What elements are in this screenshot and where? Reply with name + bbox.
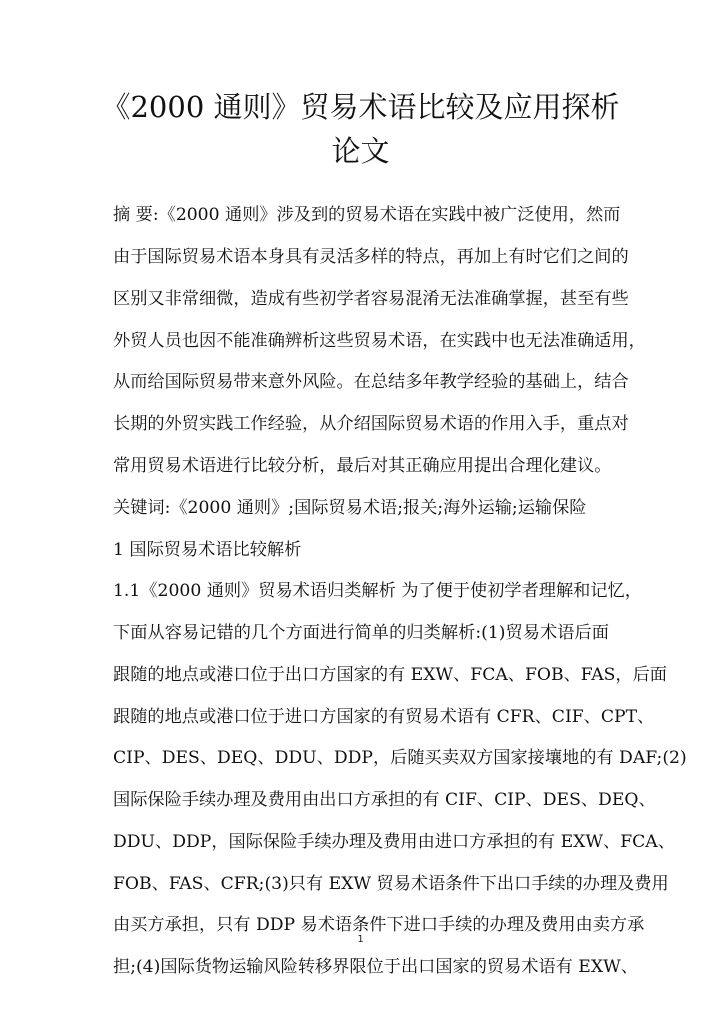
body-line: CIP、DES、DEQ、DDU、DDP，后随买卖双方国家接壤地的有 DAF;(2… [113, 747, 609, 769]
body-line: 1.1《2000 通则》贸易术语归类解析 为了便于使初学者理解和记忆， [113, 580, 609, 602]
document-title-line-2: 论文 [0, 129, 721, 173]
body-line: DDU、DDP，国际保险手续办理及费用由进口方承担的有 EXW、FCA、 [113, 831, 609, 853]
body-line: 跟随的地点或港口位于进口方国家的有贸易术语有 CFR、CIF、CPT、 [113, 706, 609, 728]
body-line: 跟随的地点或港口位于出口方国家的有 EXW、FCA、FOB、FAS，后面 [113, 664, 609, 686]
body-line: 由买方承担，只有 DDP 易术语条件下进口手续的办理及费用由卖方承 [113, 914, 609, 936]
body-line: 下面从容易记错的几个方面进行简单的归类解析:(1)贸易术语后面 [113, 622, 609, 644]
abstract-line: 从而给国际贸易带来意外风险。在总结多年教学经验的基础上，结合 [113, 371, 609, 393]
body-line: 担;(4)国际货物运输风险转移界限位于出口国家的贸易术语有 EXW、 [113, 956, 609, 978]
page-number: 1 [0, 934, 721, 945]
section-heading: 1 国际贸易术语比较解析 [113, 539, 609, 561]
abstract-line: 外贸人员也因不能准确辨析这些贸易术语，在实践中也无法准确适用， [113, 330, 609, 352]
document-page: 《2000 通则》贸易术语比较及应用探析 论文 摘 要:《2000 通则》涉及到… [0, 0, 721, 1020]
body-line: 国际保险手续办理及费用由出口方承担的有 CIF、CIP、DES、DEQ、 [113, 789, 609, 811]
keywords-line: 关键词:《2000 通则》;国际贸易术语;报关;海外运输;运输保险 [113, 497, 609, 519]
document-title-line-1: 《2000 通则》贸易术语比较及应用探析 [0, 85, 721, 129]
abstract-line: 长期的外贸实践工作经验，从介绍国际贸易术语的作用入手，重点对 [113, 413, 609, 435]
abstract-line: 区别又非常细微，造成有些初学者容易混淆无法准确掌握，甚至有些 [113, 288, 609, 310]
abstract-line: 摘 要:《2000 通则》涉及到的贸易术语在实践中被广泛使用，然而 [113, 204, 609, 226]
abstract-line: 常用贸易术语进行比较分析，最后对其正确应用提出合理化建议。 [113, 455, 609, 477]
abstract-line: 由于国际贸易术语本身具有灵活多样的特点，再加上有时它们之间的 [113, 246, 609, 268]
body-line: FOB、FAS、CFR;(3)只有 EXW 贸易术语条件下出口手续的办理及费用 [113, 873, 609, 895]
